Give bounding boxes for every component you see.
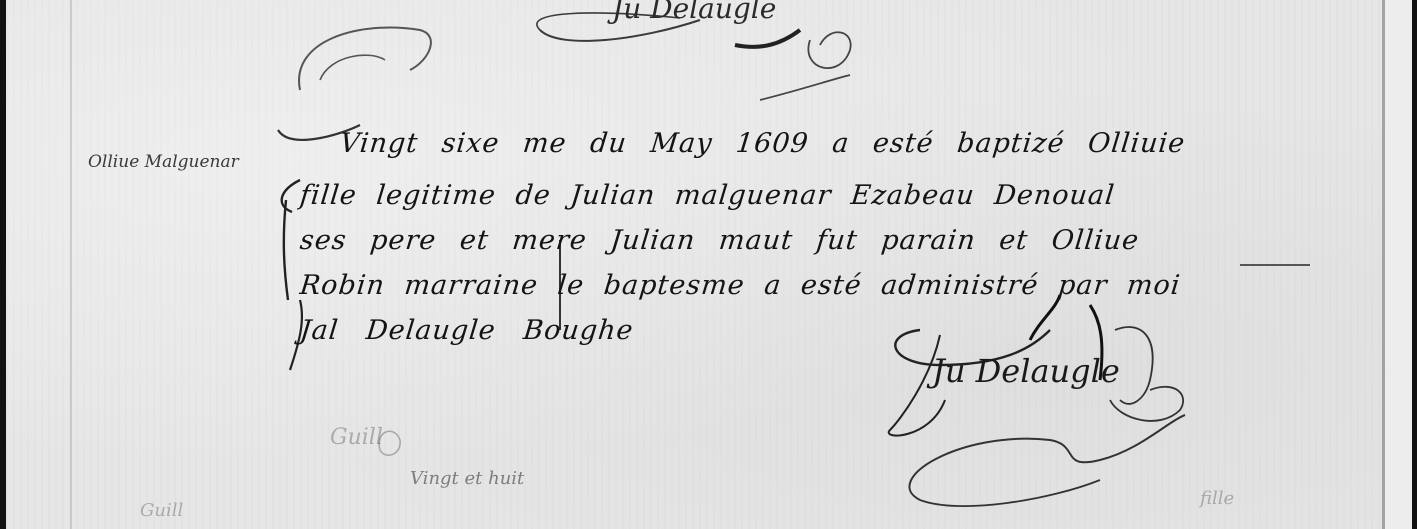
faded-note-1: Guill [330,425,383,450]
margin-note-name: Olliue Malguenar [88,152,239,172]
body-line-3: ses pere et mere Julian maut fut parain … [298,225,1140,256]
body-line-2: fille legitime de Julian malguenar Ezabe… [298,180,1116,211]
manuscript-page [6,0,1412,529]
faded-note-4: fille [1200,488,1234,509]
page-fold-left [70,0,72,529]
body-line-4: Robin marraine le baptesme a esté admini… [298,270,1182,301]
body-line-5: Jal Delaugle Boughe [298,315,635,346]
faded-note-2: Vingt et huit [410,468,524,489]
signature-top: Ju Delaugle [612,0,776,25]
faded-note-3: Guill [140,500,183,521]
body-line-1: Vingt sixe me du May 1609 a esté baptizé… [338,128,1187,159]
page-margin-strip [1385,0,1412,529]
signature-main: Ju Delaugle [932,352,1120,390]
